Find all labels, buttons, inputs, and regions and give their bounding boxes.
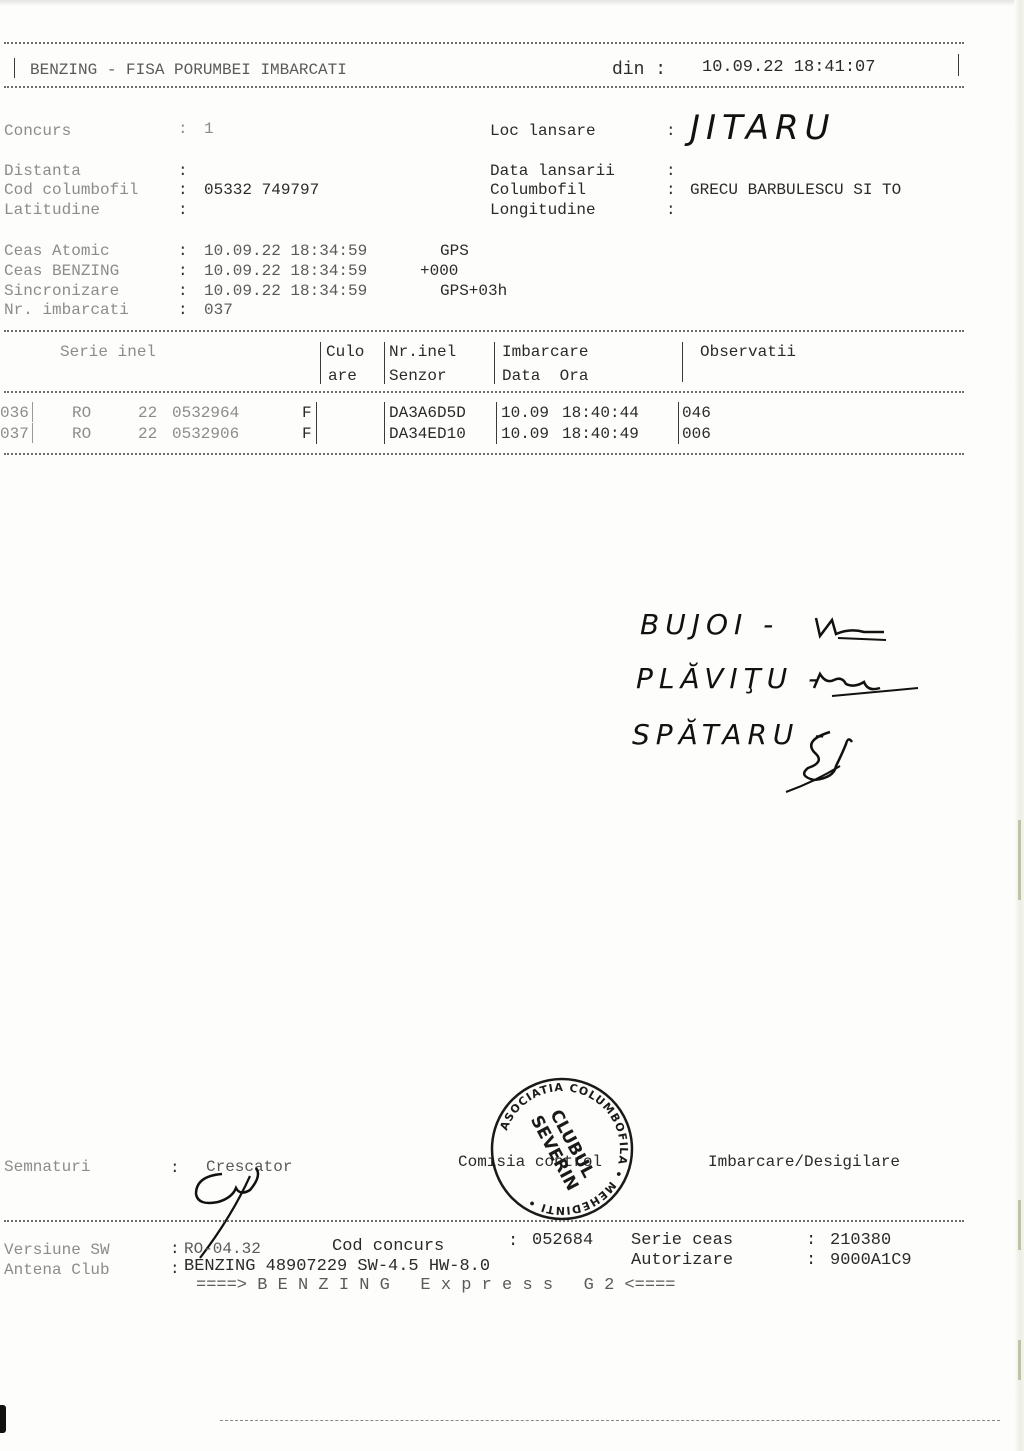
cod-columbofil-value: 05332 749797	[204, 180, 319, 200]
cod-columbofil-label: Cod columbofil	[4, 180, 138, 200]
handwritten-note: PLĂVIŢU -	[636, 662, 824, 695]
nr-imbarcati-label: Nr. imbarcati	[4, 300, 129, 320]
document-title: BENZING - FISA PORUMBEI IMBARCATI	[30, 60, 347, 80]
table-bottom-rule	[4, 453, 964, 455]
row-divider	[678, 402, 679, 444]
club-stamp: ASOCIATIA COLUMBOFILA • MEHEDINTI • CLUB…	[488, 1075, 636, 1223]
sincronizare-value: 10.09.22 18:34:59	[204, 281, 367, 301]
row-ring: 0532906	[172, 424, 239, 444]
paper-binder-mark	[0, 1405, 6, 1433]
loc-lansare-sep: :	[666, 121, 676, 141]
col-nr-inel-line1: Nr.inel	[389, 342, 456, 362]
row-sensor: DA3A6D5D	[389, 403, 466, 423]
initials-signature	[784, 726, 874, 796]
ceas-benzing-label: Ceas BENZING	[4, 261, 119, 281]
row-divider	[496, 402, 497, 444]
row-sex: F	[302, 424, 312, 444]
distanta-sep: :	[178, 161, 188, 181]
row-date: 10.09	[501, 403, 549, 423]
ceas-atomic-label: Ceas Atomic	[4, 241, 110, 261]
row-divider	[32, 423, 33, 443]
serie-ceas-label: Serie ceas	[631, 1231, 733, 1251]
row-date: 10.09	[501, 424, 549, 444]
nr-imbarcati-value: 037	[204, 300, 233, 320]
cod-concurs-value: 052684	[532, 1231, 593, 1251]
versiune-sw-value: RO-04.32	[184, 1239, 261, 1259]
row-nr: 037	[0, 424, 29, 444]
cod-concurs-label: Cod concurs	[332, 1237, 444, 1257]
data-lansarii-sep: :	[666, 161, 676, 181]
columbofil-value: GRECU BARBULESCU SI TO	[690, 180, 901, 200]
autorizare-value: 9000A1C9	[830, 1251, 912, 1271]
table-top-rule	[4, 330, 964, 332]
row-time: 18:40:44	[562, 403, 639, 423]
latitudine-sep: :	[178, 200, 188, 220]
columbofil-sep: :	[666, 180, 676, 200]
antena-club-sep: :	[170, 1259, 180, 1279]
ceas-atomic-sep: :	[178, 241, 188, 261]
longitudine-label: Longitudine	[490, 200, 596, 220]
header-left-bar	[14, 58, 15, 78]
header-top-rule	[4, 42, 964, 44]
initials-signature	[810, 612, 890, 642]
versiune-sw-sep: :	[170, 1239, 180, 1259]
cod-concurs-sep: :	[508, 1232, 518, 1252]
distanta-label: Distanta	[4, 161, 81, 181]
col-divider	[682, 342, 683, 382]
header-right-bar	[958, 54, 959, 76]
table-header-rule	[4, 391, 964, 393]
row-divider	[384, 402, 385, 444]
nr-imbarcati-sep: :	[178, 300, 188, 320]
loc-lansare-handwritten: JITARU	[690, 108, 835, 148]
col-divider	[384, 342, 385, 384]
longitudine-sep: :	[666, 200, 676, 220]
col-nr-inel-line2: Senzor	[389, 366, 447, 386]
paper-top-edge	[0, 0, 1024, 6]
header-date-value: 10.09.22 18:41:07	[702, 58, 875, 78]
semnaturi-label: Semnaturi	[4, 1157, 90, 1177]
col-culoare-line2: are	[328, 366, 357, 386]
cod-columbofil-sep: :	[178, 180, 188, 200]
row-sensor: DA34ED10	[389, 424, 466, 444]
antena-club-value: BENZING 48907229 SW-4.5 HW-8.0	[184, 1257, 490, 1277]
col-culoare-line1: Culo	[326, 342, 364, 362]
row-nr: 036	[0, 403, 29, 423]
serie-ceas-value: 210380	[830, 1231, 891, 1251]
loc-lansare-label: Loc lansare	[490, 121, 596, 141]
row-time: 18:40:49	[562, 424, 639, 444]
paper-right-edge	[1014, 0, 1024, 1451]
latitudine-label: Latitudine	[4, 200, 100, 220]
ceas-atomic-value: 10.09.22 18:34:59	[204, 241, 367, 261]
col-divider	[320, 342, 321, 384]
row-divider	[32, 402, 33, 422]
row-country: RO	[72, 424, 91, 444]
concurs-value: 1	[204, 119, 214, 139]
ceas-benzing-value: 10.09.22 18:34:59	[204, 261, 367, 281]
row-year: 22	[138, 403, 157, 423]
sincronizare-label: Sincronizare	[4, 281, 119, 301]
data-lansarii-label: Data lansarii	[490, 161, 615, 181]
handwritten-note: BUJOI -	[640, 608, 779, 641]
paper-fold-line	[220, 1420, 1000, 1421]
imbarcare-desigilare-label: Imbarcare/Desigilare	[708, 1152, 900, 1172]
ceas-benzing-suffix: +000	[420, 261, 458, 281]
row-observatii: 006	[682, 424, 711, 444]
header-date-label: din :	[612, 60, 666, 80]
sincronizare-sep: :	[178, 281, 188, 301]
autorizare-label: Autorizare	[631, 1251, 733, 1271]
col-observatii: Observatii	[700, 342, 796, 362]
row-year: 22	[138, 424, 157, 444]
antena-club-label: Antena Club	[4, 1260, 110, 1280]
ceas-atomic-suffix: GPS	[440, 241, 469, 261]
header-bottom-rule	[4, 86, 964, 88]
initials-signature	[808, 668, 928, 698]
autorizare-sep: :	[806, 1251, 816, 1271]
serie-ceas-sep: :	[806, 1231, 816, 1251]
concurs-sep: :	[178, 119, 188, 139]
concurs-label: Concurs	[4, 121, 71, 141]
col-serie-inel: Serie inel	[60, 342, 156, 362]
brand-line: ====> B E N Z I N G E x p r e s s G 2 <=…	[196, 1276, 675, 1296]
col-divider	[494, 342, 495, 384]
versiune-sw-label: Versiune SW	[4, 1240, 110, 1260]
row-observatii: 046	[682, 403, 711, 423]
row-sex: F	[302, 403, 312, 423]
col-imbarcare-line2: Data Ora	[502, 366, 588, 386]
columbofil-label: Columbofil	[490, 180, 586, 200]
ceas-benzing-sep: :	[178, 261, 188, 281]
row-ring: 0532964	[172, 403, 239, 423]
semnaturi-sep: :	[170, 1158, 180, 1178]
footer-top-rule	[4, 1220, 964, 1222]
row-divider	[316, 402, 317, 444]
col-imbarcare-line1: Imbarcare	[502, 342, 588, 362]
sincronizare-suffix: GPS+03h	[440, 281, 507, 301]
row-country: RO	[72, 403, 91, 423]
